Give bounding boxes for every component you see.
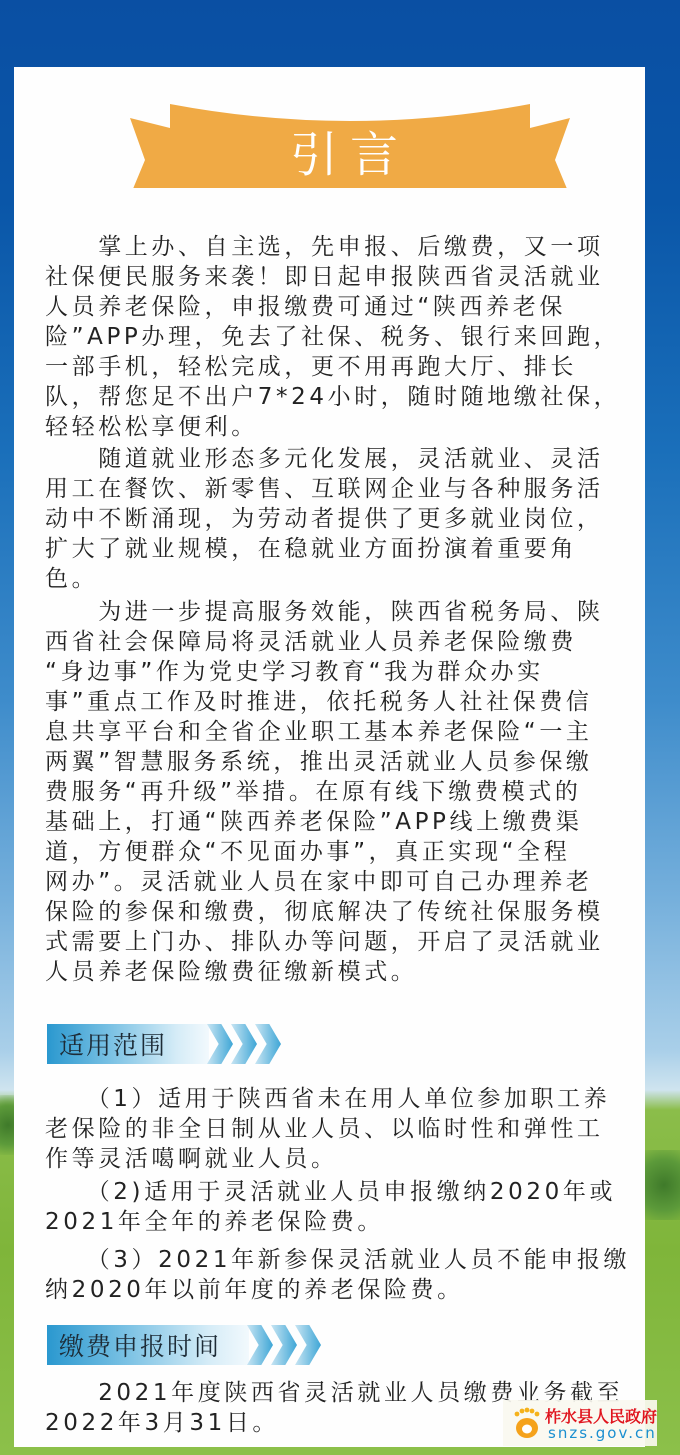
scope-item-1: （1）适用于陕西省未在用人单位参加职工养 老保险的非全日制从业人员、以临时性和弹…	[45, 1084, 625, 1174]
text-line: 基础上，打通“陕西养老保险”APP线上缴费渠	[45, 807, 625, 837]
content-card: 引言 掌上办、自主选，先申报、后缴费，又一项 社保便民服务来袭！即日起申报陕西省…	[14, 67, 645, 1447]
text-line: 费服务“再升级”举措。在原有线下缴费模式的	[45, 777, 625, 807]
text-line: 西省社会保障局将灵活就业人员养老保险缴费	[45, 627, 625, 657]
text-line: “身边事”作为党史学习教育“我为群众办实	[45, 657, 625, 687]
banner-title: 引言	[130, 116, 570, 185]
text-line: 社保便民服务来袭！即日起申报陕西省灵活就业	[45, 262, 625, 292]
text-line: 一部手机，轻松完成，更不用再跑大厅、排长	[45, 352, 625, 382]
text-line: 道，方便群众“不见面办事”，真正实现“全程	[45, 837, 625, 867]
text-line: 老保险的非全日制从业人员、以临时性和弹性工	[45, 1114, 625, 1144]
text-line: 两翼”智慧服务系统，推出灵活就业人员参保缴	[45, 747, 625, 777]
chevrons-icon	[249, 1325, 321, 1365]
text-line: 轻轻松松享便利。	[45, 412, 625, 442]
sun-logo-icon	[511, 1406, 541, 1440]
section-header-scope: 适用范围	[47, 1024, 281, 1064]
text-line: 纳2020年以前年度的养老保险费。	[45, 1275, 625, 1305]
background-trees-right	[640, 1150, 680, 1220]
text-line: 扩大了就业规模，在稳就业方面扮演着重要角	[45, 534, 625, 564]
text-line: 事”重点工作及时推进，依托税务人社社保费信	[45, 687, 625, 717]
intro-paragraph-3: 为进一步提高服务效能，陕西省税务局、陕 西省社会保障局将灵活就业人员养老保险缴费…	[45, 597, 625, 987]
title-banner: 引言	[130, 88, 570, 188]
text-line: 作等灵活噶啊就业人员。	[45, 1144, 625, 1174]
text-line: 随道就业形态多元化发展，灵活就业、灵活	[45, 444, 625, 474]
text-line: 用工在餐饮、新零售、互联网企业与各种服务活	[45, 474, 625, 504]
text-line: 保险的参保和缴费，彻底解决了传统社保服务模	[45, 897, 625, 927]
text-line: 网办”。灵活就业人员在家中即可自己办理养老	[45, 867, 625, 897]
scope-item-2: （2)适用于灵活就业人员申报缴纳2020年或 2021年全年的养老保险费。	[45, 1177, 625, 1237]
text-line: 息共享平台和全省企业职工基本养老保险“一主	[45, 717, 625, 747]
text-line: 险”APP办理，免去了社保、税务、银行来回跑，	[45, 322, 625, 352]
text-line: 为进一步提高服务效能，陕西省税务局、陕	[45, 597, 625, 627]
text-line: 人员养老保险，申报缴费可通过“陕西养老保	[45, 292, 625, 322]
text-line: 式需要上门办、排队办等问题，开启了灵活就业	[45, 927, 625, 957]
text-line: 队，帮您足不出户7*24小时，随时随地缴社保，	[45, 382, 625, 412]
section-title-scope: 适用范围	[47, 1024, 209, 1064]
intro-paragraph-2: 随道就业形态多元化发展，灵活就业、灵活 用工在餐饮、新零售、互联网企业与各种服务…	[45, 444, 625, 594]
section-title-deadline: 缴费申报时间	[47, 1325, 249, 1365]
text-line: （2)适用于灵活就业人员申报缴纳2020年或	[45, 1177, 625, 1207]
text-line: （3）2021年新参保灵活就业人员不能申报缴	[45, 1245, 625, 1275]
watermark-url: snzs.gov.cn	[548, 1424, 657, 1442]
intro-paragraph-1: 掌上办、自主选，先申报、后缴费，又一项 社保便民服务来袭！即日起申报陕西省灵活就…	[45, 232, 625, 442]
text-line: 动中不断涌现，为劳动者提供了更多就业岗位，	[45, 504, 625, 534]
watermark-logo: 柞水县人民政府 snzs.gov.cn	[503, 1400, 657, 1446]
text-line: 2021年全年的养老保险费。	[45, 1207, 625, 1237]
chevrons-icon	[209, 1024, 281, 1064]
scope-item-3: （3）2021年新参保灵活就业人员不能申报缴 纳2020年以前年度的养老保险费。	[45, 1245, 625, 1305]
text-line: 人员养老保险缴费征缴新模式。	[45, 957, 625, 987]
text-line: （1）适用于陕西省未在用人单位参加职工养	[45, 1084, 625, 1114]
text-line: 色。	[45, 564, 625, 594]
text-line: 掌上办、自主选，先申报、后缴费，又一项	[45, 232, 625, 262]
section-header-deadline: 缴费申报时间	[47, 1325, 321, 1365]
